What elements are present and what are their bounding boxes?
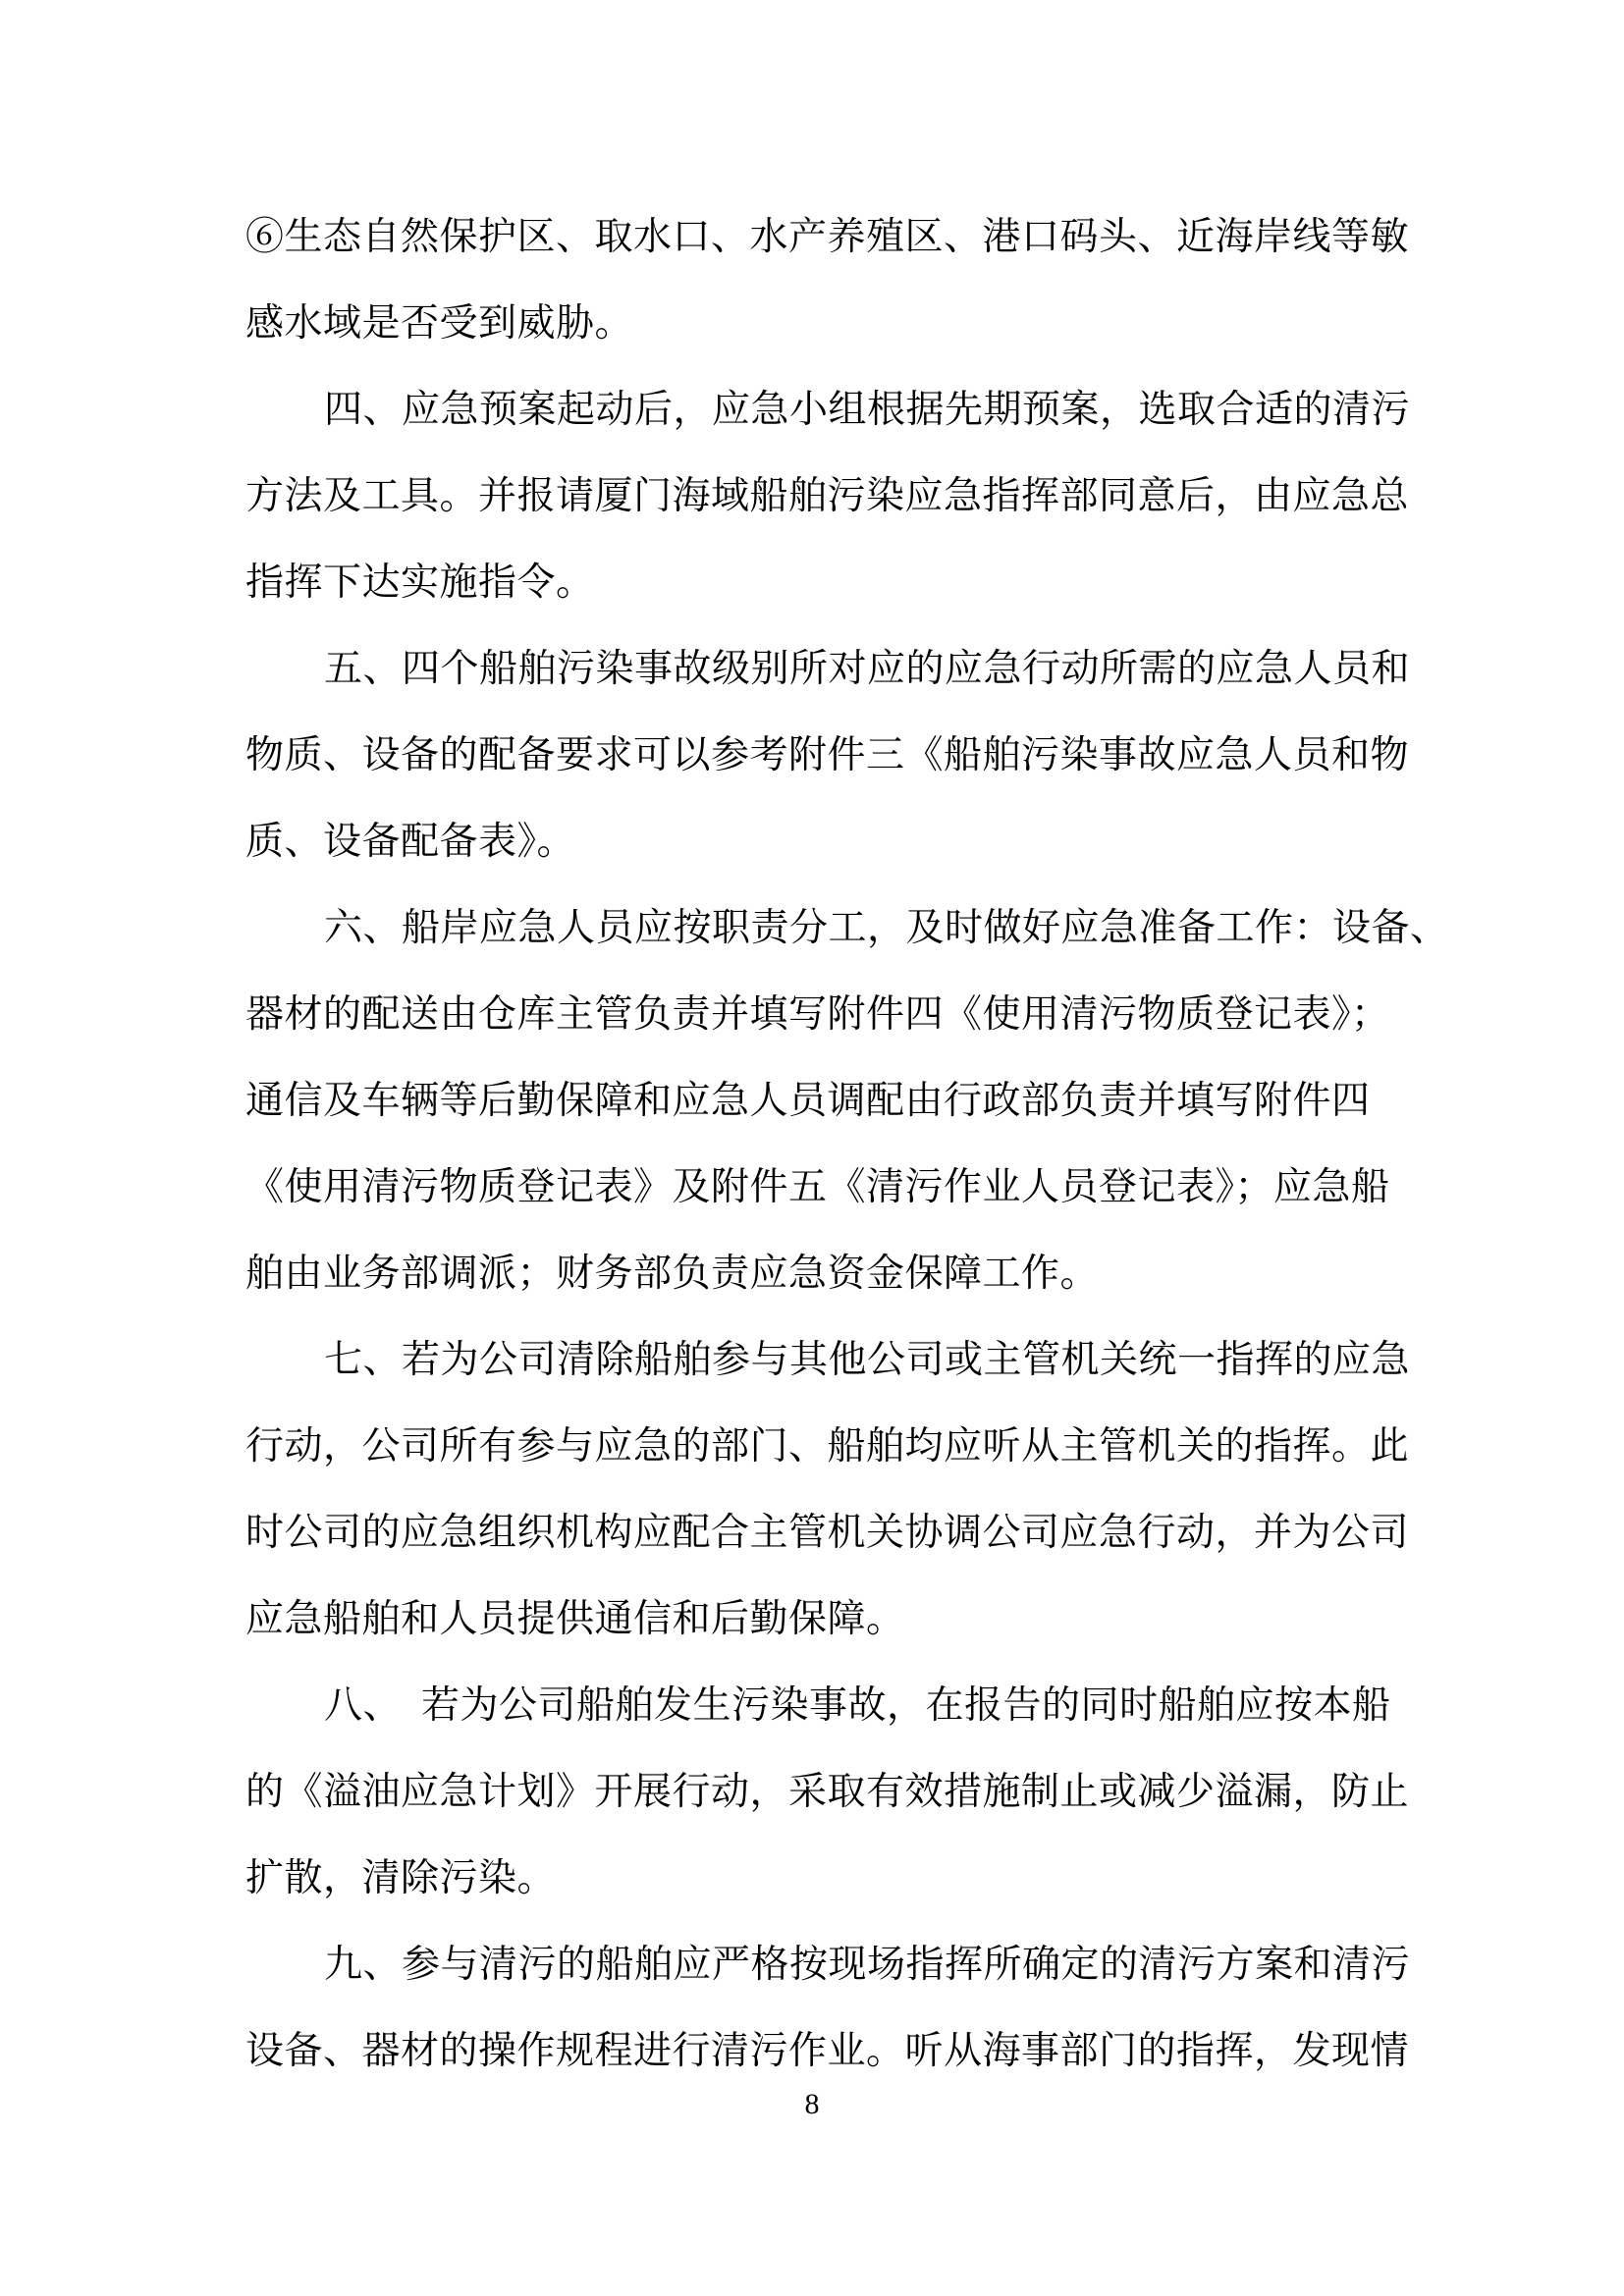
text-line: 应急船舶和人员提供通信和后勤保障。 xyxy=(245,1576,1394,1663)
text-line: 设备、器材的操作规程进行清污作业。听从海事部门的指挥，发现情 xyxy=(245,2008,1394,2095)
text-line: 的《溢油应急计划》开展行动，采取有效措施制止或减少溢漏，防止 xyxy=(245,1749,1394,1836)
text-line: 《使用清污物质登记表》及附件五《清污作业人员登记表》；应急船 xyxy=(245,1145,1394,1231)
text-line: 五、四个船舶污染事故级别所对应的应急行动所需的应急人员和 xyxy=(245,626,1394,713)
text-line: 感水域是否受到威胁。 xyxy=(245,281,1394,367)
text-line: 扩散，清除污染。 xyxy=(245,1836,1394,1922)
text-line: 九、参与清污的船舶应严格按现场指挥所确定的清污方案和清污 xyxy=(245,1922,1394,2008)
text-line: 通信及车辆等后勤保障和应急人员调配由行政部负责并填写附件四 xyxy=(245,1058,1394,1145)
text-line: 七、若为公司清除船舶参与其他公司或主管机关统一指挥的应急 xyxy=(245,1317,1394,1404)
text-line: 器材的配送由仓库主管负责并填写附件四《使用清污物质登记表》； xyxy=(245,972,1394,1058)
document-page: ⑥生态自然保护区、取水口、水产养殖区、港口码头、近海岸线等敏感水域是否受到威胁。… xyxy=(0,0,1624,2296)
text-line: 四、应急预案起动后，应急小组根据先期预案，选取合适的清污 xyxy=(245,367,1394,454)
text-line: 六、船岸应急人员应按职责分工，及时做好应急准备工作：设备、 xyxy=(245,885,1394,972)
text-line: 八、 若为公司船舶发生污染事故，在报告的同时船舶应按本船 xyxy=(245,1663,1394,1749)
text-line: 指挥下达实施指令。 xyxy=(245,540,1394,626)
text-line: 方法及工具。并报请厦门海域船舶污染应急指挥部同意后，由应急总 xyxy=(245,454,1394,540)
text-line: 舶由业务部调派；财务部负责应急资金保障工作。 xyxy=(245,1231,1394,1317)
text-line: 质、设备配备表》。 xyxy=(245,799,1394,885)
page-number: 8 xyxy=(0,2087,1624,2122)
text-line: 时公司的应急组织机构应配合主管机关协调公司应急行动，并为公司 xyxy=(245,1490,1394,1576)
document-body: ⑥生态自然保护区、取水口、水产养殖区、港口码头、近海岸线等敏感水域是否受到威胁。… xyxy=(245,194,1394,2095)
text-line: 物质、设备的配备要求可以参考附件三《船舶污染事故应急人员和物 xyxy=(245,713,1394,799)
text-line: ⑥生态自然保护区、取水口、水产养殖区、港口码头、近海岸线等敏 xyxy=(245,194,1394,281)
text-line: 行动，公司所有参与应急的部门、船舶均应听从主管机关的指挥。此 xyxy=(245,1404,1394,1490)
